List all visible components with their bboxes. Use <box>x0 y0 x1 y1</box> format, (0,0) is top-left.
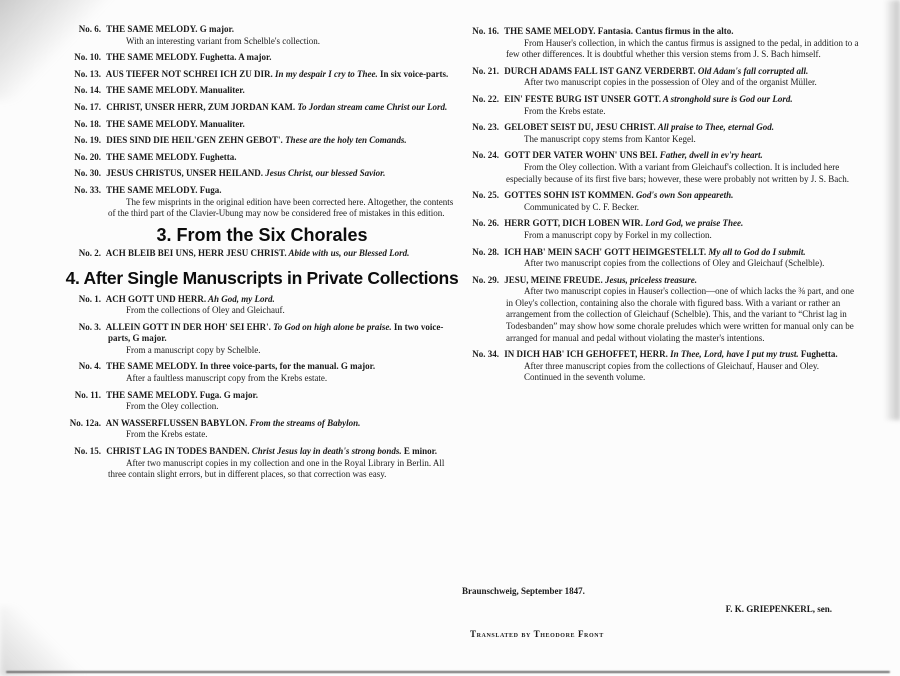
entry-text-bold: THE SAME MELODY. <box>104 85 198 95</box>
section-3-heading: 3. From the Six Chorales <box>64 230 460 242</box>
entry-number: No. 16. <box>462 26 502 38</box>
entry-note: After three manuscript copies from the c… <box>462 361 860 373</box>
entry-text-bold: JESU, MEINE FREUDE. <box>502 275 603 285</box>
entry-text-roman: In six voice-parts. <box>378 69 449 79</box>
entry-heading: No. 33. THE SAME MELODY. Fuga. <box>64 185 460 197</box>
entry-text-italic: Lord God, we praise Thee. <box>643 218 743 228</box>
entry-note: With an interesting variant from Schelbl… <box>64 36 460 48</box>
entry-text-bold: THE SAME MELODY. <box>502 26 596 36</box>
entry-text-bold: CHRIST LAG IN TODES BANDEN. <box>104 446 250 456</box>
catalog-entry: No. 1. ACH GOTT UND HERR. Ah God, my Lor… <box>64 294 460 317</box>
catalog-entry: No. 12a. AN WASSERFLUSSEN BABYLON. From … <box>64 418 460 441</box>
entry-text-roman: Fuga. <box>198 185 222 195</box>
catalog-entry: No. 34. IN DICH HAB' ICH GEHOFFET, HERR.… <box>462 349 860 384</box>
catalog-entry: No. 6. THE SAME MELODY. G major.With an … <box>64 24 460 47</box>
entry-text-italic: My all to God do I submit. <box>706 247 806 257</box>
entry-text-italic: In my despair I cry to Thee. <box>273 69 378 79</box>
entry-text-roman: Fantasia. Cantus firmus in the alto. <box>596 26 734 36</box>
catalog-entry: No. 29. JESU, MEINE FREUDE. Jesus, price… <box>462 275 860 345</box>
entry-text-roman: In three voice-parts, for the manual. G … <box>198 361 376 371</box>
entry-heading: No. 3. ALLEIN GOTT IN DER HOH' SEI EHR'.… <box>64 322 460 345</box>
catalog-entry: No. 26. HERR GOTT, DICH LOBEN WIR. Lord … <box>462 218 860 241</box>
entry-text-italic: These are the holy ten Comands. <box>283 135 407 145</box>
entry-text-bold: THE SAME MELODY. <box>104 52 198 62</box>
entry-heading: No. 2. ACH BLEIB BEI UNS, HERR JESU CHRI… <box>64 248 460 260</box>
entry-heading: No. 21. DURCH ADAMS FALL IST GANZ VERDER… <box>462 66 860 78</box>
scanned-page: No. 6. THE SAME MELODY. G major.With an … <box>0 0 900 676</box>
entry-number: No. 19. <box>64 135 104 147</box>
right-column: No. 16. THE SAME MELODY. Fantasia. Cantu… <box>462 26 860 389</box>
entry-text-roman: Fuga. G major. <box>198 390 258 400</box>
translator-credit: Translated by Theodore Front <box>470 629 860 641</box>
entry-text-italic: Father, dwell in ev'ry heart. <box>657 150 762 160</box>
catalog-entry: No. 13. AUS TIEFER NOT SCHREI ICH ZU DIR… <box>64 69 460 81</box>
closing-block: Braunschweig, September 1847. F. K. GRIE… <box>462 586 860 641</box>
catalog-entry: No. 24. GOTT DER VATER WOHN' UNS BEI. Fa… <box>462 150 860 185</box>
entry-text-bold: ALLEIN GOTT IN DER HOH' SEI EHR'. <box>104 322 271 332</box>
entry-list-part2: No. 6. THE SAME MELODY. G major.With an … <box>64 24 460 220</box>
entry-number: No. 11. <box>64 390 104 402</box>
entry-text-bold: THE SAME MELODY. <box>104 24 198 34</box>
entry-number: No. 30. <box>64 168 104 180</box>
entry-text-italic: Abide with us, our Blessed Lord. <box>287 248 410 258</box>
scan-shadow-right-edge <box>884 0 900 420</box>
entry-heading: No. 24. GOTT DER VATER WOHN' UNS BEI. Fa… <box>462 150 860 162</box>
entry-text-bold: DIES SIND DIE HEIL'GEN ZEHN GEBOT'. <box>104 135 283 145</box>
entry-number: No. 33. <box>64 185 104 197</box>
catalog-entry: No. 30. JESUS CHRISTUS, UNSER HEILAND. J… <box>64 168 460 180</box>
entry-heading: No. 6. THE SAME MELODY. G major. <box>64 24 460 36</box>
scan-page-bottom-edge <box>6 671 890 673</box>
entry-text-bold: THE SAME MELODY. <box>104 185 198 195</box>
catalog-entry: No. 33. THE SAME MELODY. Fuga.The few mi… <box>64 185 460 220</box>
entry-note: From Hauser's collection, in which the c… <box>462 38 860 61</box>
entry-note: From the Krebs estate. <box>462 106 860 118</box>
entry-number: No. 26. <box>462 218 502 230</box>
entry-heading: No. 22. EIN' FESTE BURG IST UNSER GOTT. … <box>462 94 860 106</box>
entry-heading: No. 29. JESU, MEINE FREUDE. Jesus, price… <box>462 275 860 287</box>
entry-heading: No. 15. CHRIST LAG IN TODES BANDEN. Chri… <box>64 446 460 458</box>
entry-text-bold: GOTTES SOHN IST KOMMEN. <box>502 190 634 200</box>
entry-list-section3: No. 2. ACH BLEIB BEI UNS, HERR JESU CHRI… <box>64 248 460 260</box>
entry-text-italic: Jesus Christ, our blessed Savior. <box>263 168 385 178</box>
entry-text-bold: ACH GOTT UND HERR. <box>104 294 206 304</box>
entry-number: No. 29. <box>462 275 502 287</box>
catalog-entry: No. 2. ACH BLEIB BEI UNS, HERR JESU CHRI… <box>64 248 460 260</box>
entry-text-italic: Old Adam's fall corrupted all. <box>696 66 809 76</box>
entry-heading: No. 12a. AN WASSERFLUSSEN BABYLON. From … <box>64 418 460 430</box>
entry-heading: No. 25. GOTTES SOHN IST KOMMEN. God's ow… <box>462 190 860 202</box>
entry-text-italic: All praise to Thee, eternal God. <box>656 122 774 132</box>
entry-heading: No. 28. ICH HAB' MEIN SACH' GOTT HEIMGES… <box>462 247 860 259</box>
entry-text-bold: AUS TIEFER NOT SCHREI ICH ZU DIR. <box>104 69 273 79</box>
entry-text-bold: THE SAME MELODY. <box>104 361 198 371</box>
entry-text-italic: To God on high alone be praise. <box>271 322 392 332</box>
entry-heading: No. 23. GELOBET SEIST DU, JESU CHRIST. A… <box>462 122 860 134</box>
entry-text-italic: Christ Jesus lay in death's strong bonds… <box>250 446 402 456</box>
entry-text-roman: Fughetta. <box>198 152 237 162</box>
entry-number: No. 10. <box>64 52 104 64</box>
catalog-entry: No. 21. DURCH ADAMS FALL IST GANZ VERDER… <box>462 66 860 89</box>
catalog-entry: No. 14. THE SAME MELODY. Manualiter. <box>64 85 460 97</box>
catalog-entry: No. 19. DIES SIND DIE HEIL'GEN ZEHN GEBO… <box>64 135 460 147</box>
entry-text-bold: EIN' FESTE BURG IST UNSER GOTT. <box>502 94 661 104</box>
entry-text-bold: GELOBET SEIST DU, JESU CHRIST. <box>502 122 656 132</box>
entry-note: After two manuscript copies in Hauser's … <box>462 286 860 344</box>
entry-note: After two manuscript copies in my collec… <box>64 458 460 481</box>
entry-heading: No. 17. CHRIST, UNSER HERR, ZUM JORDAN K… <box>64 102 460 114</box>
entry-number: No. 12a. <box>64 418 104 430</box>
entry-number: No. 28. <box>462 247 502 259</box>
entry-number: No. 25. <box>462 190 502 202</box>
catalog-entry: No. 11. THE SAME MELODY. Fuga. G major.F… <box>64 390 460 413</box>
entry-heading: No. 10. THE SAME MELODY. Fughetta. A maj… <box>64 52 460 64</box>
entry-text-italic: In Thee, Lord, have I put my trust. <box>668 349 799 359</box>
entry-text-bold: CHRIST, UNSER HERR, ZUM JORDAN KAM. <box>104 102 295 112</box>
entry-number: No. 20. <box>64 152 104 164</box>
entry-number: No. 24. <box>462 150 502 162</box>
catalog-entry: No. 28. ICH HAB' MEIN SACH' GOTT HEIMGES… <box>462 247 860 270</box>
entry-text-italic: From the streams of Babylon. <box>247 418 360 428</box>
catalog-entry: No. 23. GELOBET SEIST DU, JESU CHRIST. A… <box>462 122 860 145</box>
entry-heading: No. 20. THE SAME MELODY. Fughetta. <box>64 152 460 164</box>
entry-number: No. 1. <box>64 294 104 306</box>
entry-note: After a faultless manuscript copy from t… <box>64 373 460 385</box>
catalog-entry: No. 22. EIN' FESTE BURG IST UNSER GOTT. … <box>462 94 860 117</box>
catalog-entry: No. 10. THE SAME MELODY. Fughetta. A maj… <box>64 52 460 64</box>
entry-note: From the collections of Oley and Gleicha… <box>64 305 460 317</box>
entry-text-bold: IN DICH HAB' ICH GEHOFFET, HERR. <box>502 349 668 359</box>
entry-heading: No. 30. JESUS CHRISTUS, UNSER HEILAND. J… <box>64 168 460 180</box>
catalog-entry: No. 4. THE SAME MELODY. In three voice-p… <box>64 361 460 384</box>
left-column: No. 6. THE SAME MELODY. G major.With an … <box>64 24 460 486</box>
entry-note: Communicated by C. F. Becker. <box>462 202 860 214</box>
entry-number: No. 13. <box>64 69 104 81</box>
catalog-entry: No. 20. THE SAME MELODY. Fughetta. <box>64 152 460 164</box>
entry-text-italic: God's own Son appeareth. <box>634 190 734 200</box>
entry-text-bold: THE SAME MELODY. <box>104 152 198 162</box>
entry-text-italic: Jesus, priceless treasure. <box>603 275 697 285</box>
entry-text-roman: Fughetta. A major. <box>198 52 272 62</box>
entry-text-bold: DURCH ADAMS FALL IST GANZ VERDERBT. <box>502 66 696 76</box>
catalog-entry: No. 17. CHRIST, UNSER HERR, ZUM JORDAN K… <box>64 102 460 114</box>
entry-heading: No. 19. DIES SIND DIE HEIL'GEN ZEHN GEBO… <box>64 135 460 147</box>
entry-text-bold: GOTT DER VATER WOHN' UNS BEI. <box>502 150 657 160</box>
entry-heading: No. 11. THE SAME MELODY. Fuga. G major. <box>64 390 460 402</box>
entry-number: No. 34. <box>462 349 502 361</box>
entry-number: No. 15. <box>64 446 104 458</box>
entry-text-bold: AN WASSERFLUSSEN BABYLON. <box>104 418 247 428</box>
entry-heading: No. 13. AUS TIEFER NOT SCHREI ICH ZU DIR… <box>64 69 460 81</box>
entry-note: Continued in the seventh volume. <box>462 372 860 384</box>
entry-number: No. 4. <box>64 361 104 373</box>
entry-heading: No. 34. IN DICH HAB' ICH GEHOFFET, HERR.… <box>462 349 860 361</box>
entry-note: From a manuscript copy by Forkel in my c… <box>462 230 860 242</box>
catalog-entry: No. 15. CHRIST LAG IN TODES BANDEN. Chri… <box>64 446 460 481</box>
entry-text-italic: A stronghold sure is God our Lord. <box>661 94 793 104</box>
entry-number: No. 6. <box>64 24 104 36</box>
section-4-heading: 4. After Single Manuscripts in Private C… <box>64 273 460 285</box>
entry-text-italic: To Jordan stream came Christ our Lord. <box>295 102 447 112</box>
entry-text-italic: Ah God, my Lord. <box>206 294 275 304</box>
entry-number: No. 21. <box>462 66 502 78</box>
entry-list-section4: No. 1. ACH GOTT UND HERR. Ah God, my Lor… <box>64 294 460 481</box>
signature: F. K. GRIEPENKERL, sen. <box>462 604 860 616</box>
entry-heading: No. 26. HERR GOTT, DICH LOBEN WIR. Lord … <box>462 218 860 230</box>
entry-number: No. 14. <box>64 85 104 97</box>
entry-heading: No. 16. THE SAME MELODY. Fantasia. Cantu… <box>462 26 860 38</box>
scan-shadow-bottom-left <box>0 606 90 676</box>
entry-note: From the Krebs estate. <box>64 429 460 441</box>
entry-heading: No. 14. THE SAME MELODY. Manualiter. <box>64 85 460 97</box>
entry-text-bold: HERR GOTT, DICH LOBEN WIR. <box>502 218 643 228</box>
entry-text-bold: JESUS CHRISTUS, UNSER HEILAND. <box>104 168 263 178</box>
entry-heading: No. 18. THE SAME MELODY. Manualiter. <box>64 119 460 131</box>
entry-text-roman: Manualiter. <box>198 119 245 129</box>
entry-text-roman: Manualiter. <box>198 85 245 95</box>
entry-note: From the Oley collection. With a variant… <box>462 162 860 185</box>
entry-number: No. 18. <box>64 119 104 131</box>
entry-number: No. 22. <box>462 94 502 106</box>
entry-number: No. 3. <box>64 322 104 334</box>
catalog-entry: No. 25. GOTTES SOHN IST KOMMEN. God's ow… <box>462 190 860 213</box>
entry-number: No. 23. <box>462 122 502 134</box>
entry-text-bold: THE SAME MELODY. <box>104 119 198 129</box>
entry-list-right: No. 16. THE SAME MELODY. Fantasia. Cantu… <box>462 26 860 384</box>
entry-note: From the Oley collection. <box>64 401 460 413</box>
entry-text-roman: G major. <box>198 24 234 34</box>
catalog-entry: No. 16. THE SAME MELODY. Fantasia. Cantu… <box>462 26 860 61</box>
entry-heading: No. 4. THE SAME MELODY. In three voice-p… <box>64 361 460 373</box>
entry-text-bold: THE SAME MELODY. <box>104 390 198 400</box>
catalog-entry: No. 3. ALLEIN GOTT IN DER HOH' SEI EHR'.… <box>64 322 460 357</box>
entry-text-bold: ICH HAB' MEIN SACH' GOTT HEIMGESTELLT. <box>502 247 706 257</box>
entry-heading: No. 1. ACH GOTT UND HERR. Ah God, my Lor… <box>64 294 460 306</box>
entry-text-roman: Fughetta. <box>799 349 838 359</box>
entry-number: No. 17. <box>64 102 104 114</box>
entry-note: After two manuscript copies from the col… <box>462 258 860 270</box>
entry-note: The manuscript copy stems from Kantor Ke… <box>462 134 860 146</box>
entry-note: After two manuscript copies in the posse… <box>462 77 860 89</box>
entry-note: From a manuscript copy by Schelble. <box>64 345 460 357</box>
entry-text-bold: ACH BLEIB BEI UNS, HERR JESU CHRIST. <box>104 248 287 258</box>
entry-note: The few misprints in the original editio… <box>64 197 460 220</box>
catalog-entry: No. 18. THE SAME MELODY. Manualiter. <box>64 119 460 131</box>
place-date: Braunschweig, September 1847. <box>462 586 860 598</box>
entry-text-roman: E minor. <box>402 446 437 456</box>
entry-number: No. 2. <box>64 248 104 260</box>
